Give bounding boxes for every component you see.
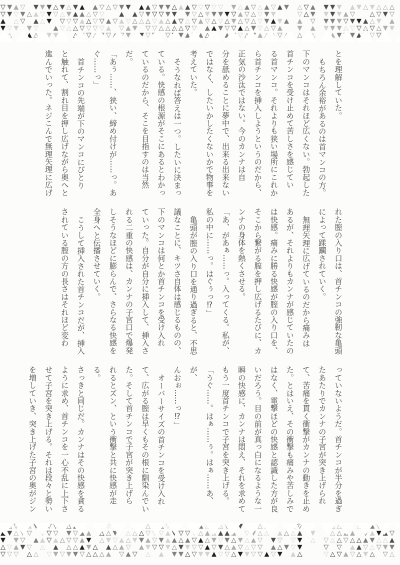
- text-column: ら首チンコを挿入しようというのだから、: [249, 50, 265, 203]
- text-block-1: とを理解していた。もちろん余裕があるのは首マンコの方。下のマンコはそれほど広くな…: [56, 50, 346, 203]
- text-column: ように求め、首チンコを一心不乱に上下さ: [56, 366, 72, 519]
- text-column: 亀頭が膣の入り口を通り過ぎると、不思: [185, 208, 201, 369]
- text-block-3: っていないようだ。首チンコが半分を過ぎたあたりでカンナの子宮が突き上げられて、苦…: [56, 366, 346, 519]
- text-column: 全身へと伝播させていく。: [89, 208, 105, 361]
- text-column: 首チンコを受け止めて苦しさを感じてい: [282, 50, 298, 203]
- text-column: しそうなほどに膨らんで、さらなる快感を: [105, 208, 121, 361]
- text-column: 分を舐めることに夢中で、出来る出来ない: [217, 50, 233, 203]
- text-column: 私の中に……っ。はぐぅっ⁉」: [201, 208, 217, 361]
- text-column: て、広がる膣は早くもその根に馴染んでい: [137, 366, 153, 519]
- text-column: もう一度首チンコで子宮を突き上げる。: [217, 366, 233, 519]
- text-column: を増していき、突き上げた子宮の奥がジン: [24, 366, 40, 519]
- text-column: 下のマンコはそれほど広くない。勃起した: [298, 50, 314, 203]
- text-column: こうして挿入された首チンコだが、挿入: [72, 208, 88, 369]
- text-column: たあたりでカンナの子宮が突き上げられ: [314, 366, 330, 519]
- text-column: そこから繋がる膣を押し広げるたびに、カ: [249, 208, 265, 361]
- text-block-2: れた膣の入り口は、首チンコの強靭な亀頭によって蹂躙されていく。無理矢理に広げてい…: [56, 208, 346, 361]
- text-column: もちろん余裕があるのは首マンコの方。: [314, 50, 330, 211]
- text-column: 下のマンコは何とか首チンコを受け入れ: [153, 208, 169, 361]
- top-border-pattern: ▽▼▲▽△▼▼▼△▼△▼▲▼▲▽△▽▼▼▼▲▲▽▼▼△▲▲▽▽▽▽▽▲▼△▲▽△…: [0, 4, 400, 42]
- text-column: 「あぅ……、狭い、締め付けが……っ。あ: [105, 50, 121, 203]
- text-column: っていないようだ。首チンコが半分を過ぎ: [330, 366, 346, 519]
- text-column: 正気の沙汰ではない。今のカンナは自: [233, 50, 249, 203]
- text-column: さっきと同じだ。カンナはその快感を貪る: [72, 366, 88, 519]
- text-column: 「うぐ……。はぁ……ぅ。はぁ……あ、が、: [185, 366, 217, 519]
- text-column: ンナの身体を熱くさせる。: [233, 208, 249, 361]
- text-column: 進んでいった。ネジこんで無理矢理に広げ: [40, 50, 56, 203]
- text-column: せて子宮を突き上げる。それは段々と勢い: [40, 366, 56, 519]
- text-column: る首マンコ。それよりも狭い場所にこれか: [266, 50, 282, 203]
- text-column: れた膣の入り口は、首チンコの強靭な亀頭: [330, 208, 346, 361]
- text-column: ているのだから、そこを目指すのは当然だ。: [121, 50, 153, 203]
- text-column: されている膣の方の長さはそれほど変わ: [56, 208, 72, 361]
- zigzag-edge-bottom: [0, 523, 400, 535]
- text-column: はなく、電撃ほどの快感と認識した方が良: [266, 366, 282, 519]
- zigzag-edge-top: [0, 30, 400, 42]
- text-column: ている。快感の根源がそこにあるとわかっ: [153, 50, 169, 203]
- text-column: ていった。自分が自分に挿入して、挿入さ: [137, 208, 153, 361]
- text-column: ぐ……っ」: [89, 50, 105, 203]
- text-column: そうなれば答えは一つ。したいに決まっ: [169, 50, 185, 211]
- text-column: んおぉ……っ⁉」: [169, 366, 185, 519]
- text-column: ではなく、したいかしたくないかで物事を: [201, 50, 217, 203]
- text-column: 無理矢理に広げているのだから痛みは: [298, 208, 314, 369]
- text-column: 首チンコの先端が下のマンコにぴとり: [72, 50, 88, 211]
- text-column: 考えていた。: [185, 50, 201, 203]
- text-column: によって蹂躙されていく。: [314, 208, 330, 361]
- text-column: 議なことに、キツさ自体は感じるものの、: [169, 208, 185, 361]
- text-column: た。とはいえ、その衝撃も痛みや苦しみで: [282, 366, 298, 519]
- text-column: と触れて、割れ目を押し広げながら奥へと: [56, 50, 72, 203]
- text-column: れるとズン、という衝撃と共に快感が走る。: [89, 366, 121, 519]
- text-column: 瞬の快感に、カンナは悶え、それを求めて: [233, 366, 249, 519]
- text-column: あるが、それよりもカンナが感じていたの: [282, 208, 298, 361]
- text-column: いだろう。目の前が真っ白になるような一: [249, 366, 265, 519]
- main-text-area: とを理解していた。もちろん余裕があるのは首マンコの方。下のマンコはそれほど広くな…: [56, 50, 346, 524]
- triangle-pattern-row: ▽▽▽▽△△▲▽▼▽▼▼▽△△△▲▲▽▲▽▽△▽▲▼▼▼△▽▼▼▲▽▽△▼▼▽▽…: [0, 551, 400, 558]
- text-column: オーバーサイズの首チンコを受け入れ: [153, 366, 169, 527]
- text-column: 「あ、があぁ……っ。入ってくる。私が、: [217, 208, 233, 361]
- text-column: て、苦痛を貫く衝撃がカンナの動きを止め: [298, 366, 314, 519]
- book-page: ▽▼▲▽△▼▼▼△▼△▼▲▼▲▽△▽▼▼▼▲▲▽▼▼△▲▲▽▽▽▽▽▲▼△▲▽△…: [0, 0, 400, 565]
- text-column: れる二重の快感は、カンナの子宮口で爆発: [121, 208, 137, 361]
- text-column: は快感。痛みに勝る快感が膣の入り口を、: [266, 208, 282, 361]
- text-column: た。そして首チンコで子宮が突き上げら: [121, 366, 137, 519]
- bottom-border-pattern: ▽△▽▽▲▼▽▽▽▲△▲▲▲▽▽▽▽▼▼▲▽△△△▽△▽△▽▲△△△▽△▼▽▼△…: [0, 523, 400, 563]
- text-column: とを理解していた。: [330, 50, 346, 203]
